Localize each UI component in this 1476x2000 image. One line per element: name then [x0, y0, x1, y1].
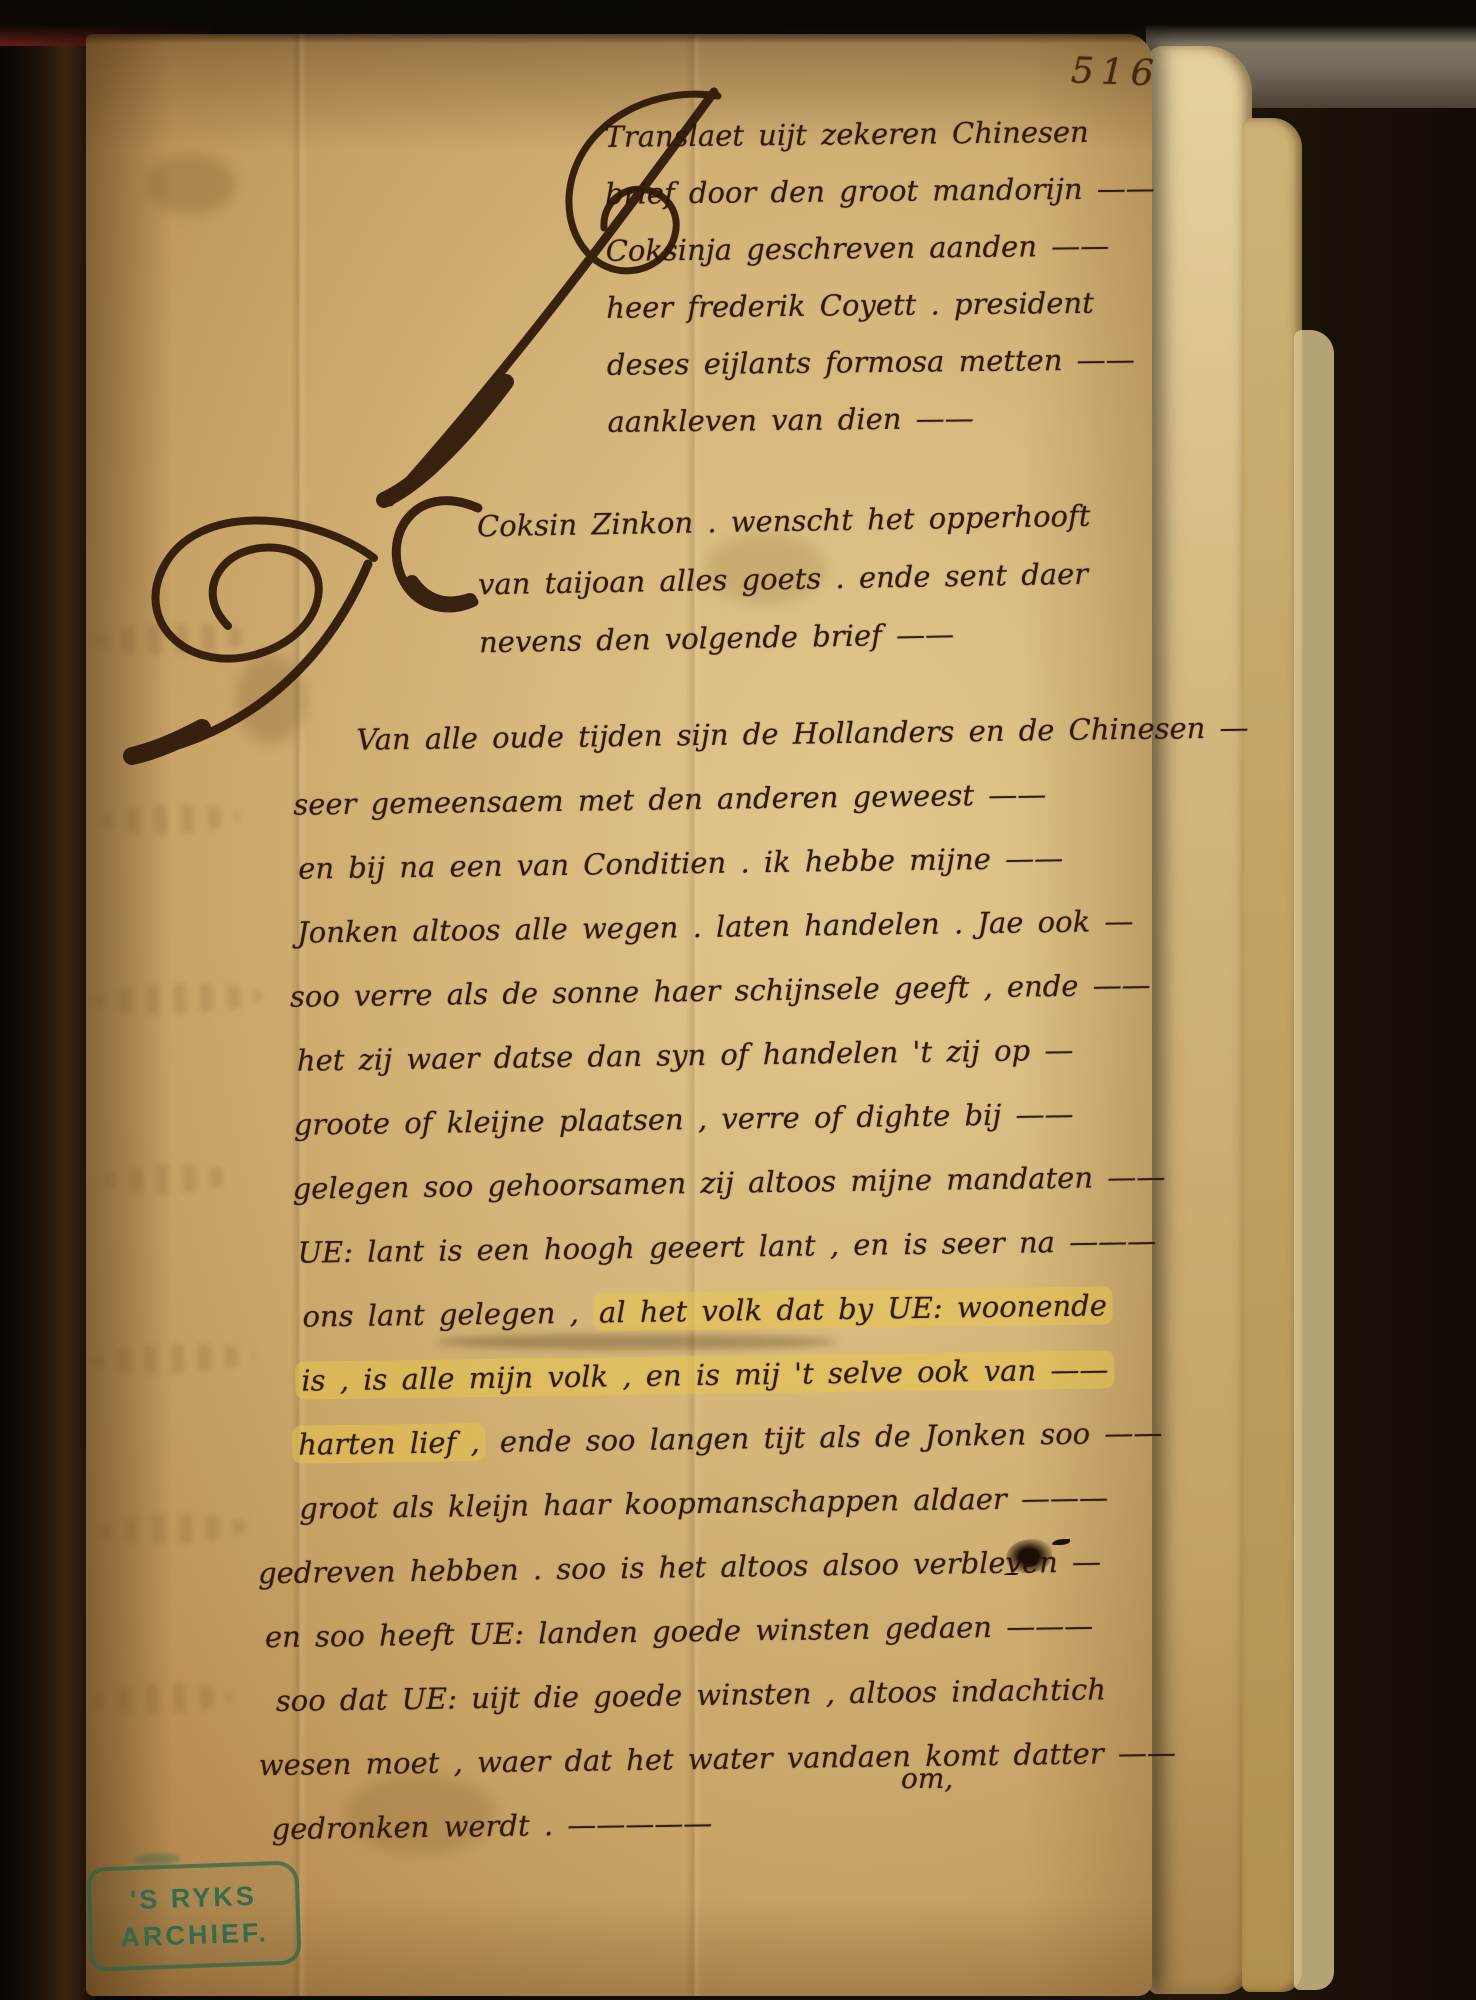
highlighted-text: al het volk dat by UE: woonende	[593, 1286, 1113, 1331]
manuscript-page: 516 Translaet uijt zekeren Chinesen brie…	[86, 34, 1152, 1996]
letter-line-text: gedreven hebben . soo is het altoos also…	[258, 1544, 1101, 1590]
letter-line-text: soo verre als de sonne haer schijnsele g…	[290, 968, 1151, 1014]
manuscript-photo: 516 Translaet uijt zekeren Chinesen brie…	[0, 0, 1476, 2000]
ink-bleedthrough	[98, 1511, 249, 1546]
letter-line-text: ons lant gelegen ,	[302, 1296, 593, 1334]
intro-block: Coksin Zinkon . wenscht het opperhooft v…	[477, 487, 1093, 672]
intro-line: van taijoan alles goets . ende sent daer	[478, 545, 1092, 614]
letter-line-text: Van alle oude tijden sijn de Hollanders …	[356, 710, 1249, 756]
letter-line-text: ende soo langen tijt als de Jonken soo —…	[485, 1416, 1162, 1459]
page-number: 516	[1070, 50, 1161, 94]
letter-line-text: UE: lant is een hoogh geeert lant , en i…	[297, 1224, 1156, 1270]
ink-bleedthrough	[92, 1682, 233, 1717]
archive-stamp-line: ARCHIEF.	[96, 1914, 293, 1958]
highlighted-text: harten lief ,	[292, 1423, 486, 1464]
letter-line: harten lief , ende soo langen tijt als d…	[292, 1399, 1259, 1476]
ink-bleedthrough	[102, 1162, 233, 1197]
letter-line-text: seer gemeensaem met den anderen geweest …	[293, 777, 1046, 822]
letter-line-text: en bij na een van Conditien . ik hebbe m…	[298, 841, 1063, 886]
title-line: aankleven van dien ——	[607, 388, 1157, 451]
letter-line-text: wesen moet , waer dat het water vandaen …	[259, 1735, 1177, 1782]
letter-line: gedronken werdt . —————	[271, 1783, 1264, 1861]
title-line: brief door den groot mandorijn ——	[605, 160, 1155, 223]
intro-line: Coksin Zinkon . wenscht het opperhooft	[477, 487, 1091, 556]
letter-line-text: gedronken werdt . —————	[271, 1806, 712, 1846]
intro-line: nevens den volgende brief ——	[479, 603, 1093, 672]
title-line: Translaet uijt zekeren Chinesen	[604, 103, 1154, 166]
title-line: deses eijlants formosa metten ——	[607, 331, 1157, 394]
letter-line: soo verre als de sonne haer schijnsele g…	[290, 951, 1253, 1028]
book-spine	[0, 0, 96, 2000]
letter-body: Van alle oude tijden sijn de Hollanders …	[286, 695, 1264, 1860]
ink-bleedthrough	[90, 1341, 256, 1377]
catchword: om,	[901, 1762, 953, 1795]
binding-shadow	[0, 0, 1476, 44]
ink-bleedthrough	[94, 621, 255, 657]
letter-line-text: Jonken altoos alle wegen . laten handele…	[297, 904, 1134, 950]
letter-line: Van alle oude tijden sijn de Hollanders …	[356, 695, 1249, 771]
paper-stain	[146, 154, 236, 214]
page-edge-strip	[1294, 330, 1334, 1990]
letter-line-text: gelegen soo gehoorsamen zij altoos mijne…	[292, 1160, 1165, 1206]
title-line: Coksinja geschreven aanden ——	[605, 217, 1155, 280]
highlighted-text: is , is alle mijn volk , en is mij 't se…	[295, 1350, 1114, 1399]
title-block: Translaet uijt zekeren Chinesen brief do…	[604, 103, 1157, 451]
ink-smear	[436, 1334, 836, 1350]
letter-line-text: groote of kleijne plaatsen , verre of di…	[294, 1097, 1074, 1142]
letter-line-text: groot als kleijn haar koopmanschappen al…	[299, 1480, 1108, 1525]
letter-line-text: het zij waer datse dan syn of handelen '…	[297, 1033, 1074, 1078]
title-line: heer frederik Coyett . president	[606, 274, 1156, 337]
ink-bleedthrough	[92, 981, 263, 1017]
archive-stamp: 'S RYKS ARCHIEF.	[86, 1860, 302, 1971]
letter-line-text: soo dat UE: uijt die goede winsten , alt…	[276, 1672, 1107, 1718]
letter-line-text: en soo heeft UE: landen goede winsten ge…	[265, 1609, 1094, 1655]
ink-bleedthrough	[100, 802, 241, 837]
